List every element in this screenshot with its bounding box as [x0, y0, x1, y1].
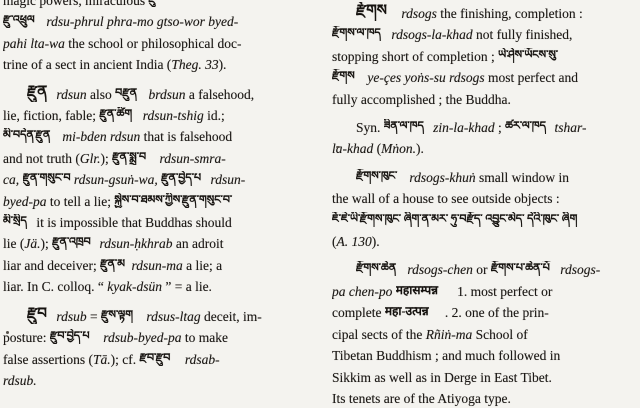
text-line: རྫོགས་ཆེན rdsogs-chen or རྫོགས་པ་ཆེན་པོ …	[332, 259, 638, 280]
transliteration-run: Jä.	[24, 236, 40, 251]
transliteration-run: rdsun	[56, 87, 86, 102]
text-run: to tell a lie;	[46, 194, 114, 209]
left-column: magic powers, miraculous རྫུ་རྫུ་འཕྲུལ r…	[3, 0, 319, 408]
text-run: ” = a lie.	[162, 279, 212, 294]
devanagari-script-run: महासम्पन्न	[396, 282, 454, 298]
text-line: རྫོགས ye-çes yoṅs-su rdsogs most perfect…	[332, 67, 638, 88]
text-line: false assertions (Tā.); cf. རྫབ་རྫུབ rds…	[3, 349, 319, 370]
tibetan-script-run: རྫུབ་བྱེད་པ	[50, 329, 100, 344]
text-line: cipal sects of the Rñiṅ-ma School of	[332, 324, 638, 345]
transliteration-run: pahi lta-wa	[3, 36, 65, 51]
text-run: that is falsehood	[140, 129, 232, 144]
text-run: Its tenets are of the Atiyoga type.	[332, 391, 511, 406]
transliteration-run: rdsogs-la-khad	[391, 27, 472, 42]
tibetan-script-run: བརྫུན	[115, 86, 145, 101]
text-run: also	[87, 87, 116, 102]
tibetan-script-run: སྐྱེས་བ་ཐམས་ཀྱིས་རྫུན་གསུང་བ་	[114, 193, 236, 208]
text-line: མི་སྲིད it is impossible that Buddhas sh…	[3, 212, 319, 233]
text-line: magic powers, miraculous རྫུ་	[3, 0, 319, 11]
tibetan-script-run: རྫུན་མ	[100, 257, 128, 272]
transliteration-run: Rñiṅ-ma	[426, 327, 473, 342]
transliteration-run: tshar-	[555, 120, 587, 135]
transliteration-run: Tā.	[93, 352, 111, 367]
text-line: pa chen-po महासम्पन्न 1. most perfect or	[332, 281, 638, 302]
text-line: རྫོགས་ལ་ཁད rdsogs-la-khad not fully fini…	[332, 24, 638, 45]
tibetan-script-run: རྫུ་	[148, 0, 168, 7]
text-line: Syn. ཟིན་ལ་ཁད zin-la-khad ; ཚར་ལ་ཁད tsha…	[332, 117, 638, 138]
transliteration-run: rdsub-byed-pa	[103, 330, 181, 345]
text-line: Tibetan Buddhism ; and much followed in	[332, 345, 638, 366]
text-line: མི་བདེན་རྫུན mi-bden rdsun that is false…	[3, 126, 319, 147]
tibetan-script-run: རྫུན་ཚིག	[99, 107, 139, 122]
text-run: cipal sects of the	[332, 327, 426, 342]
tibetan-script-run: མི་སྲིད	[3, 214, 33, 229]
text-line: trine of a sect in ancient India (Theg. …	[3, 54, 319, 75]
text-run: (	[373, 141, 381, 156]
text-run: an adroit	[173, 236, 224, 251]
text-run: to make	[181, 330, 228, 345]
text-run: Tibetan Buddhism ; and much followed in	[332, 348, 560, 363]
entry-rdsu-phrul-continuation: magic powers, miraculous རྫུ་རྫུ་འཕྲུལ r…	[3, 0, 319, 76]
text-line: རྫོགས rdsogs the finishing, completion :	[332, 2, 638, 24]
transliteration-run: la-khad	[332, 141, 373, 156]
text-run: posture:	[3, 330, 50, 345]
transliteration-run: brdsun	[149, 87, 186, 102]
text-line: the wall of a house to see outside objec…	[332, 188, 638, 209]
tibetan-script-run: རྫུན་བྱེད་པ	[161, 171, 207, 186]
text-run: deceit, im-	[201, 309, 262, 324]
text-run: false assertions (	[3, 352, 93, 367]
transliteration-run: Theg. 33	[171, 57, 218, 72]
text-run: trine of a sect in ancient India (	[3, 57, 171, 72]
text-run: it is impossible that Buddhas should	[33, 215, 232, 230]
text-line: liar and deceiver; རྫུན་མ rdsun-ma a lie…	[3, 255, 319, 276]
transliteration-run: rdsun-smra-	[160, 151, 226, 166]
text-line: posture: རྫུབ་བྱེད་པ rdsub-byed-pa to ma…	[3, 327, 319, 348]
transliteration-run: rdsub	[56, 309, 86, 324]
devanagari-script-run: महा-उत्पन्न	[385, 303, 445, 319]
scan-speckle	[6, 331, 9, 334]
scan-speckle	[336, 146, 340, 148]
text-run: . 2. one of the prin-	[445, 305, 549, 320]
text-run: most perfect and	[485, 70, 578, 85]
text-line: ཇོ་ཇེ་ཡི་རྫོགས་ཁུང་ ཞིག་ན་མར་ ཧུ་བརྫོད་ …	[332, 210, 638, 231]
text-run: lie (	[3, 236, 24, 251]
tibetan-script-run: རྫུ་འཕྲུལ	[3, 13, 43, 28]
text-run: ); cf.	[111, 352, 140, 367]
text-line: རྫུན rdsun also བརྫུན brdsun a falsehood…	[3, 83, 319, 105]
transliteration-run: rdsun-	[211, 172, 246, 187]
entry-rdsogs-chen: རྫོགས་ཆེན rdsogs-chen or རྫོགས་པ་ཆེན་པོ …	[332, 259, 638, 408]
text-run: a falsehood,	[186, 87, 255, 102]
entry-synonyms: Syn. ཟིན་ལ་ཁད zin-la-khad ; ཚར་ལ་ཁད tsha…	[332, 117, 638, 160]
tibetan-script-run: རྫུན་གསུང་བ	[23, 171, 71, 186]
entry-rdsub: རྫུབ rdsub = རྫུས་ལྟག rdsus-ltag deceit,…	[3, 305, 319, 392]
text-run: and not truth (	[3, 151, 80, 166]
tibetan-script-run: རྫུབ	[27, 305, 53, 324]
tibetan-script-run: རྫོགས	[356, 2, 398, 21]
transliteration-run: ca,	[3, 172, 19, 187]
transliteration-run: rdsogs	[401, 6, 437, 21]
text-run: or	[473, 262, 491, 277]
transliteration-run: kyak-dsün	[107, 279, 162, 294]
tibetan-script-run: ཟིན་ལ་ཁད	[384, 119, 430, 134]
text-line: liar. In C. colloq. “ kyak-dsün ” = a li…	[3, 276, 319, 297]
text-run: a lie; a	[183, 258, 222, 273]
text-run: fully accomplished ; the Buddha.	[332, 92, 511, 107]
text-run: liar. In C. colloq. “	[3, 279, 107, 294]
tibetan-script-run: ཇོ་ཇེ་ཡི་རྫོགས་ཁུང་ ཞིག་ན་མར་ ཧུ་བརྫོད་ …	[332, 212, 624, 227]
text-line: ca, རྫུན་གསུང་བ rdsun-gsuṅ-wa, རྫུན་བྱེད…	[3, 169, 319, 190]
text-line: རྫོགས་ཁུང་ rdsogs-khuṅ small window in	[332, 167, 638, 188]
text-run: magic powers, miraculous	[3, 0, 148, 8]
tibetan-script-run: ཡེ་ཤེས་ཡོངས་སུ་	[498, 48, 574, 63]
text-run: id.;	[204, 108, 225, 123]
text-line: fully accomplished ; the Buddha.	[332, 89, 638, 110]
entry-rdsogs-khun: རྫོགས་ཁུང་ rdsogs-khuṅ small window inth…	[332, 167, 638, 253]
tibetan-script-run: རྫུན་སྨྲ་བ	[112, 150, 156, 165]
text-run: not fully finished,	[473, 27, 573, 42]
transliteration-run: rdsus-ltag	[146, 309, 200, 324]
text-run: the finishing, completion :	[437, 6, 583, 21]
text-line: la-khad (Mṅon.).	[332, 138, 638, 159]
transliteration-run: rdsogs-khuṅ	[409, 170, 475, 185]
transliteration-run: byed-pa	[3, 194, 46, 209]
text-run: the wall of a house to see outside objec…	[332, 191, 560, 206]
text-run: =	[87, 309, 101, 324]
text-line: stopping short of completion ; ཡེ་ཤེས་ཡོ…	[332, 46, 638, 67]
tibetan-script-run: རྫུན	[27, 83, 53, 102]
text-run: );	[41, 236, 53, 251]
transliteration-run: rdsun-gsuṅ-wa,	[74, 172, 158, 187]
tibetan-script-run: ཚར་ལ་ཁད	[505, 119, 551, 134]
text-run: 1. most perfect or	[454, 284, 553, 299]
text-run: ).	[372, 234, 380, 249]
transliteration-run: rdsub.	[3, 373, 37, 388]
tibetan-script-run: རྫོགས	[332, 69, 364, 84]
right-column: རྫོགས rdsogs the finishing, completion :…	[332, 2, 638, 408]
text-run: ).	[416, 141, 424, 156]
text-line: རྫུབ rdsub = རྫུས་ལྟག rdsus-ltag deceit,…	[3, 305, 319, 327]
tibetan-script-run: རྫུན་འཁྲབ	[52, 235, 96, 250]
tibetan-script-run: རྫོགས་ལ་ཁད	[332, 26, 388, 41]
text-run: small window in	[476, 170, 569, 185]
text-run: Syn.	[356, 120, 384, 135]
text-run: the school or philosophical doc-	[65, 36, 242, 51]
entry-rdsogs: རྫོགས rdsogs the finishing, completion :…	[332, 2, 638, 110]
transliteration-run: rdsun-ḥkhrab	[100, 236, 173, 251]
text-run: Sikkim as well as in Derge in East Tibet…	[332, 370, 552, 385]
transliteration-run: Mṅon.	[381, 141, 416, 156]
transliteration-run: pa chen-po	[332, 284, 392, 299]
text-line: byed-pa to tell a lie; སྐྱེས་བ་ཐམས་ཀྱིས་…	[3, 191, 319, 212]
tibetan-script-run: རྫོགས་པ་ཆེན་པོ	[491, 261, 557, 276]
text-run: ).	[219, 57, 227, 72]
transliteration-run: rdsun-tshig	[143, 108, 204, 123]
transliteration-run: mi-bden rdsun	[62, 129, 140, 144]
entry-rdsun: རྫུན rdsun also བརྫུན brdsun a falsehood…	[3, 83, 319, 298]
text-line: lie (Jä.); རྫུན་འཁྲབ rdsun-ḥkhrab an adr…	[3, 233, 319, 254]
text-line: (A. 130).	[332, 231, 638, 252]
text-line: and not truth (Glr.); རྫུན་སྨྲ་བ rdsun-s…	[3, 148, 319, 169]
tibetan-script-run: རྫབ་རྫུབ	[139, 351, 181, 366]
text-line: Its tenets are of the Atiyoga type.	[332, 388, 638, 408]
tibetan-script-run: རྫོགས་ཁུང་	[356, 169, 406, 184]
text-run: );	[101, 151, 113, 166]
tibetan-script-run: རྫོགས་ཆེན	[356, 261, 404, 276]
tibetan-script-run: རྫུས་ལྟག	[101, 308, 143, 323]
transliteration-run: A. 130	[337, 234, 372, 249]
text-run: lie, fiction, fable;	[3, 108, 99, 123]
text-run: School of	[472, 327, 528, 342]
transliteration-run: rdsun-ma	[131, 258, 182, 273]
text-run: complete	[332, 305, 385, 320]
text-line: pahi lta-wa the school or philosophical …	[3, 33, 319, 54]
text-run: ;	[495, 120, 506, 135]
text-line: complete महा-उत्पन्न. 2. one of the prin…	[332, 302, 638, 323]
text-line: rdsub.	[3, 370, 319, 391]
scanned-dictionary-page: magic powers, miraculous རྫུ་རྫུ་འཕྲུལ r…	[0, 0, 640, 408]
transliteration-run: rdsu-phrul phra-mo gtso-wor byed-	[46, 14, 238, 29]
text-line: རྫུ་འཕྲུལ rdsu-phrul phra-mo gtso-wor by…	[3, 11, 319, 32]
text-line: Sikkim as well as in Derge in East Tibet…	[332, 367, 638, 388]
transliteration-run: rdsogs-	[560, 262, 600, 277]
transliteration-run: Glr.	[80, 151, 101, 166]
transliteration-run: rdsab-	[185, 352, 220, 367]
transliteration-run: zin-la-khad	[433, 120, 495, 135]
text-run: liar and deceiver;	[3, 258, 100, 273]
transliteration-run: rdsogs-chen	[407, 262, 473, 277]
text-run: stopping short of completion ;	[332, 49, 498, 64]
tibetan-script-run: མི་བདེན་རྫུན	[3, 128, 59, 143]
transliteration-run: ye-çes yoṅs-su rdsogs	[367, 70, 484, 85]
text-line: lie, fiction, fable; རྫུན་ཚིག rdsun-tshi…	[3, 105, 319, 126]
